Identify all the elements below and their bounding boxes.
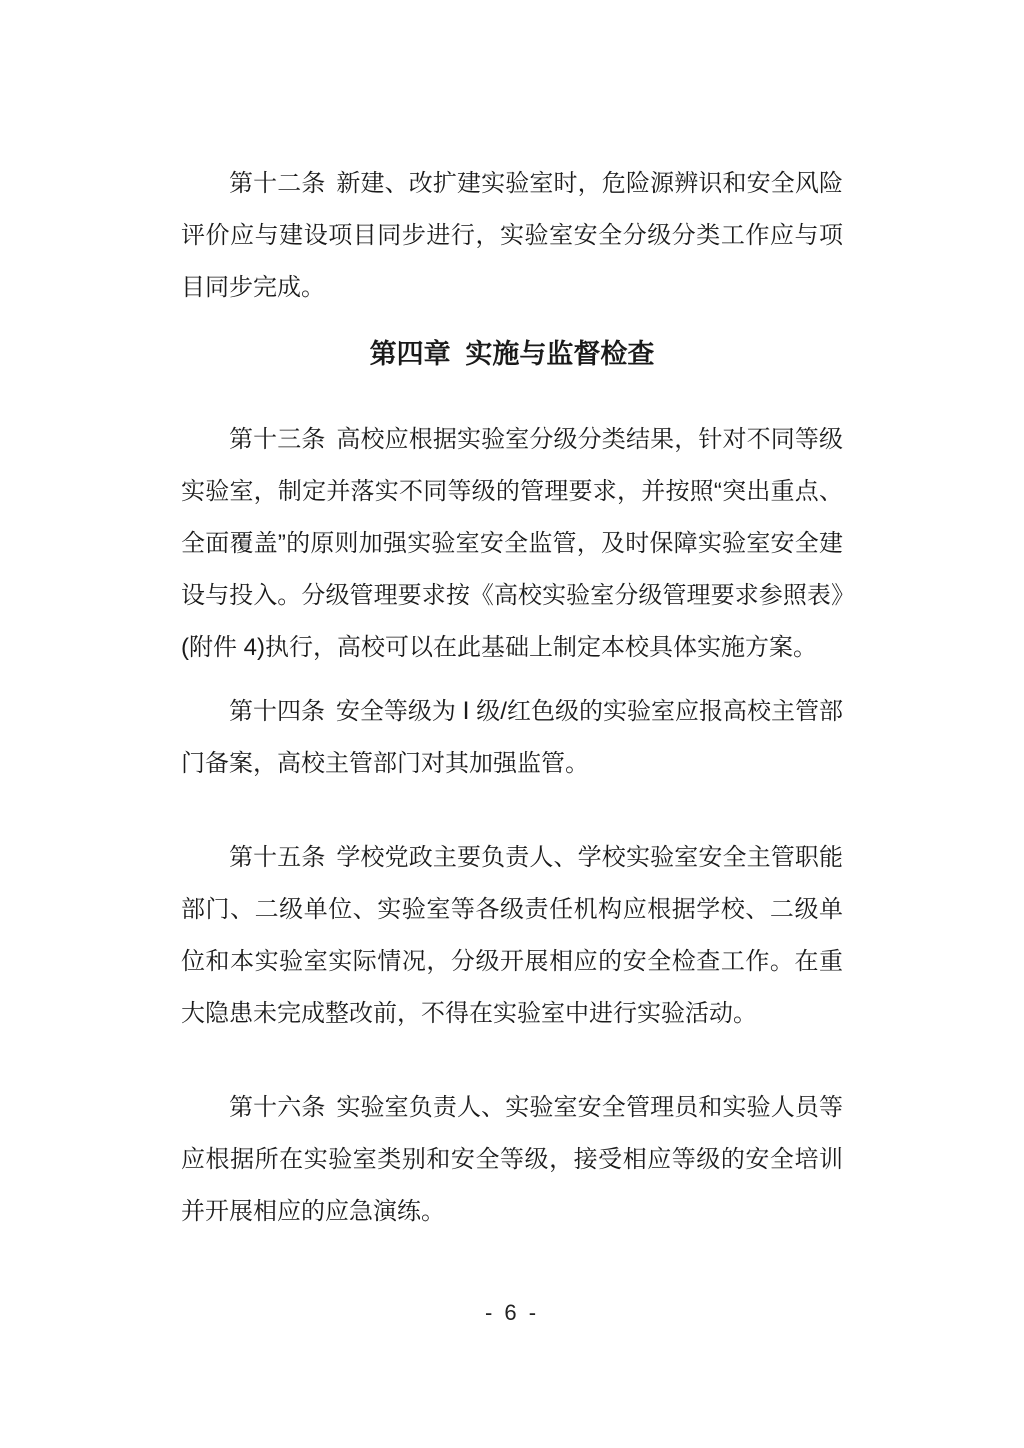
article-paragraph: 第十六条实验室负责人、实验室安全管理员和实验人员等应根据所在实验室类别和安全等级… — [181, 1082, 843, 1238]
chapter-heading: 第四章实施与监督检查 — [181, 328, 843, 380]
page-footer: - 6 - — [0, 1298, 1024, 1328]
document-page: 第十二条新建、改扩建实验室时，危险源辨识和安全风险评价应与建设项目同步进行，实验… — [0, 0, 1024, 1448]
article-paragraph: 第十五条学校党政主要负责人、学校实验室安全主管职能部门、二级单位、实验室等各级责… — [181, 832, 843, 1040]
article-paragraph: 第十四条安全等级为 Ⅰ 级/红色级的实验室应报高校主管部门备案，高校主管部门对其… — [181, 686, 843, 790]
article-text: 学校党政主要负责人、学校实验室安全主管职能部门、二级单位、实验室等各级责任机构应… — [181, 844, 843, 1027]
article-number: 第十六条 — [229, 1094, 326, 1121]
chapter-number: 第四章 — [370, 339, 451, 369]
article-paragraph: 第十三条高校应根据实验室分级分类结果，针对不同等级实验室，制定并落实不同等级的管… — [181, 414, 843, 674]
article-number: 第十二条 — [229, 170, 326, 197]
article-number: 第十四条 — [229, 698, 325, 725]
page-number: - 6 - — [485, 1300, 539, 1325]
article-paragraph: 第十二条新建、改扩建实验室时，危险源辨识和安全风险评价应与建设项目同步进行，实验… — [181, 158, 843, 314]
document-body: 第十二条新建、改扩建实验室时，危险源辨识和安全风险评价应与建设项目同步进行，实验… — [181, 158, 843, 1238]
article-text: 高校应根据实验室分级分类结果，针对不同等级实验室，制定并落实不同等级的管理要求，… — [181, 426, 843, 661]
article-number: 第十五条 — [229, 844, 326, 871]
article-number: 第十三条 — [229, 426, 326, 453]
chapter-title: 实施与监督检查 — [465, 339, 654, 369]
